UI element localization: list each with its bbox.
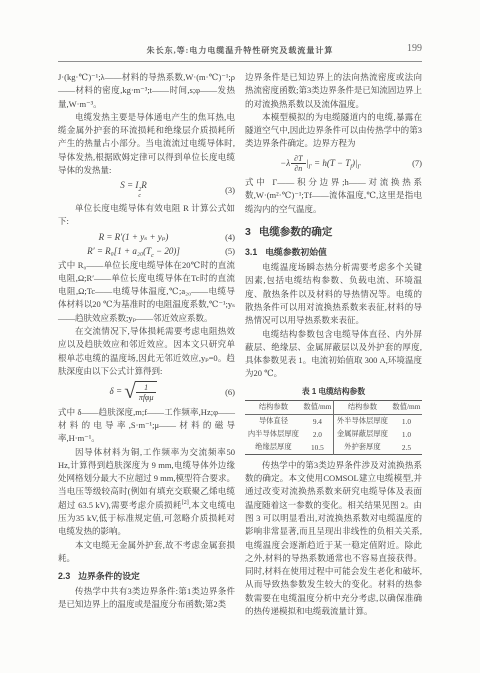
para-symbol-definitions: J·(kg·℃)⁻¹;λ——材料的导热系数,W·(m·℃)⁻¹;ρ——材料的密度… [58,71,235,111]
eq7-denominator: ∂n [291,164,305,173]
equation-6: δ = √1πfφμ (6) [58,381,235,402]
cell-value: 2.5 [391,441,422,455]
cell-value: 10.5 [302,441,334,455]
para-copper-frequency: 因导体材料为铜,工作频率为交流频率50 Hz,计算得到趋肤深度为 9 mm,电缆… [58,446,235,539]
equation-7: −λ∂T∂n|Γ = h(T − Tf)|Γ (7) [245,154,422,173]
heading-3-1: 3.1电缆参数初始值 [245,245,422,258]
equation-6-body: δ = √1πfφμ [58,381,209,402]
cell-param: 绝缘层厚度 [245,441,302,455]
equation-3-body: S = I2cR [58,180,209,199]
eq7-fraction: ∂T∂n [291,154,305,173]
para-no-metal-sheath: 本文电缆无金属外护套,故不考虑金属套损耗。 [58,539,235,566]
eq7-gamma-sub-2: Γ [357,164,360,170]
para-boundary-cont: 边界条件是已知边界上的法向热流密度或法向热流密度函数;第3类边界条件是已知流固边… [245,71,422,111]
heading-2-3-number: 2.3 [58,571,70,581]
cell-value: 1.0 [391,414,422,428]
equation-5: R′ = R₀[1 + a₂₀(Tc − 20)] (5) [58,246,235,256]
eq5-pre: R′ = R₀[1 + a₂₀(T [87,246,151,256]
cell-value: 1.0 [391,428,422,441]
cell-value: 9.4 [302,414,334,428]
eq6-numerator: 1 [136,383,157,393]
eq6-lhs: δ = [110,386,125,396]
para-tunnel-model: 本模型模拟的为电缆隧道内的电缆,暴露在隧道空气中,因此边界条件可以由传热学中的第… [245,111,422,151]
heading-3-number: 3 [245,226,251,238]
cell-param: 金属屏蔽层厚度 [333,428,390,441]
heading-2-3-title: 边界条件的设定 [78,571,140,581]
para-boundary-types: 传热学中共有3类边界条件:第1类边界条件是已知边界上的温度或是温度分布函数;第2… [58,585,235,612]
left-column: J·(kg·℃)⁻¹;λ——材料的导热系数,W·(m·℃)⁻¹;ρ——材料的密度… [58,71,235,618]
journal-page: 朱长东,等:电力电缆温升特性研究及载流量计算 199 J·(kg·℃)⁻¹;λ—… [0,0,480,673]
table-header-row: 结构参数 数值/mm 结构参数 数值/mm [245,400,422,414]
equation-3-number: (3) [209,185,235,195]
col-header-value-left: 数值/mm [302,400,334,414]
eq3-subscript: c [138,193,141,199]
right-column: 边界条件是已知边界上的法向热流密度或法向热流密度函数;第3类边界条件是已知流固边… [245,71,422,618]
eq7-numerator: ∂T [291,154,305,164]
running-title: 朱长东,等:电力电缆温升特性研究及载流量计算 [58,44,422,58]
equation-3: S = I2cR (3) [58,180,235,199]
eq7-mid: = h(T − T [312,158,351,168]
table-1-body: 导体直径 9.4 外半导体层厚度 1.0 内半导体层厚度 2.0 金属屏蔽层厚度… [245,414,422,454]
equation-6-number: (6) [209,387,235,397]
eq6-sqrt: √1πfφμ [124,381,157,402]
equation-4-number: (4) [209,232,235,242]
col-header-param-right: 结构参数 [333,400,390,414]
table-row: 导体直径 9.4 外半导体层厚度 1.0 [245,414,422,428]
cell-value: 2.0 [302,428,334,441]
running-head: 朱长东,等:电力电缆温升特性研究及载流量计算 199 [58,44,422,58]
col-header-param-left: 结构参数 [245,400,302,414]
heading-3: 3电缆参数的确定 [245,224,422,239]
eq6-denominator: πfφμ [136,393,157,402]
para-comsol-analysis: 传热学中的第3类边界条件涉及对流换热系数的确定。本文使用COMSOL建立电缆模型… [245,459,422,619]
para-where-gamma: 式中 Γ——积分边界;h——对流换热系数,W·(m²·℃)⁻¹;Tf——流体温度… [245,176,422,216]
header-rule [58,61,422,62]
equation-7-number: (7) [396,158,422,168]
para-ac-skin-effect: 在交流情况下,导体损耗需要考虑电阻热效应以及趋肤效应和邻近效应。因本文只研究单根… [58,325,235,378]
heading-3-title: 电缆参数的确定 [259,226,333,238]
cell-param: 内半导体层厚度 [245,428,302,441]
col-header-value-right: 数值/mm [391,400,422,414]
equation-4: R = R′(1 + yₛ + yₚ) (4) [58,232,235,243]
para-heat-sources: 电缆发热主要是导体通电产生的焦耳热,电缆金属外护套的环流损耗和绝缘层介质损耗所产… [58,111,235,177]
two-column-body: J·(kg·℃)⁻¹;λ——材料的导热系数,W·(m·℃)⁻¹;ρ——材料的密度… [58,71,422,618]
citation-ref-2: [2] [182,500,189,506]
eq6-radicand: 1πfφμ [135,381,158,402]
para-resistance-intro: 单位长度电缆导体有效电阻 R 计算公式如下: [58,202,235,229]
para-where-skin-depth: 式中 δ——趋肤深度,m;f——工作频率,Hz;φ——材料的电导率,S·m⁻¹;… [58,406,235,446]
table-row: 内半导体层厚度 2.0 金属屏蔽层厚度 1.0 [245,428,422,441]
eq5-post: − 20)] [154,246,180,256]
eq6-fraction: 1πfφμ [136,383,157,402]
table-1-head: 结构参数 数值/mm 结构参数 数值/mm [245,400,422,414]
cell-param: 外护套厚度 [333,441,390,455]
cell-param: 外半导体层厚度 [333,414,390,428]
cell-param: 导体直径 [245,414,302,428]
equation-5-body: R′ = R₀[1 + a₂₀(Tc − 20)] [58,246,209,256]
equation-4-body: R = R′(1 + yₛ + yₚ) [58,232,209,243]
eq3-rhs: R [141,180,147,190]
table-row: 绝缘层厚度 10.5 外护套厚度 2.5 [245,441,422,455]
eq7-lhs: −λ [280,158,290,168]
eq3-equals: = [125,180,136,190]
equation-5-number: (5) [209,246,235,256]
page-content: 朱长东,等:电力电缆温升特性研究及载流量计算 199 J·(kg·℃)⁻¹;λ—… [58,44,422,618]
equation-7-body: −λ∂T∂n|Γ = h(T − Tf)|Γ [245,154,396,173]
heading-2-3: 2.3边界条件的设定 [58,569,235,582]
para-transient-factors: 电缆温度场瞬态热分析需要考虑多个关键因素,包括电缆结构参数、负载电流、环境温度、… [245,261,422,327]
heading-3-1-number: 3.1 [245,247,257,257]
para-where-r0: 式中 R₀——单位长度电缆导体在20℃时的直流电阻,Ω;R′——单位长度电缆导体… [58,259,235,325]
para-structure-params: 电缆结构参数包含电缆导体直径、内外屏蔽层、绝缘层、金属屏蔽层以及外护套的厚度,具… [245,328,422,381]
heading-3-1-title: 电缆参数初始值 [265,247,327,257]
table-1: 结构参数 数值/mm 结构参数 数值/mm 导体直径 9.4 外半导体层厚度 1… [245,400,422,455]
page-number: 199 [407,42,422,56]
table-1-caption: 表 1 电缆结构参数 [245,386,422,397]
